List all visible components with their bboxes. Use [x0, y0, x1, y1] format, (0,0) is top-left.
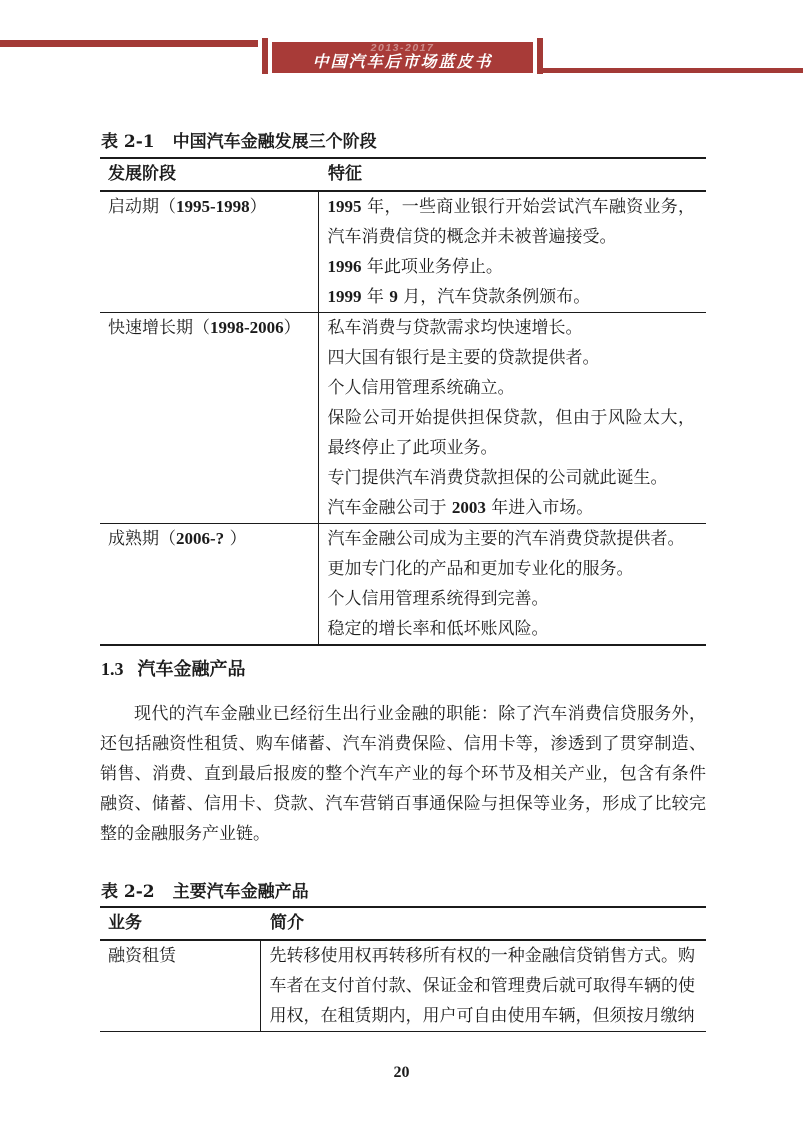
column-header-description: 简介	[260, 907, 706, 940]
feature-line: 1996 年此项业务停止。	[328, 252, 696, 282]
feature-line: 保险公司开始提供担保贷款，但由于风险太大，最终停止了此项业务。	[328, 403, 696, 463]
stage-cell: 成熟期（2006-? ）	[100, 524, 318, 646]
table-2-1-caption-label: 表 2-1	[101, 132, 155, 152]
header-title: 中国汽车后市场蓝皮书	[272, 54, 533, 72]
page-header-banner: 2013-2017 中国汽车后市场蓝皮书	[272, 42, 533, 73]
header-stripe-left	[262, 38, 268, 74]
feature-line: 四大国有银行是主要的贷款提供者。	[328, 343, 696, 373]
table-2-2-header-row: 业务 简介	[100, 907, 706, 940]
table-2-1: 发展阶段 特征 启动期（1995-1998） 1995 年，一些商业银行开始尝试…	[100, 157, 706, 646]
section-heading: 1.3汽车金融产品	[101, 657, 707, 682]
feature-line: 1995 年，一些商业银行开始尝试汽车融资业务，汽车消费信贷的概念并未被普遍接受…	[328, 192, 696, 252]
features-cell: 1995 年，一些商业银行开始尝试汽车融资业务，汽车消费信贷的概念并未被普遍接受…	[318, 191, 706, 313]
table-2-2-caption-label: 表 2-2	[101, 882, 155, 902]
header-left-rule	[0, 40, 258, 47]
page-number: 20	[0, 1064, 803, 1082]
description-text: 先转移使用权再转移所有权的一种金融信贷销售方式。购车者在支付首付款、保证金和管理…	[270, 941, 696, 1031]
stage-cell: 启动期（1995-1998）	[100, 191, 318, 313]
feature-line: 更加专门化的产品和更加专业化的服务。	[328, 554, 696, 584]
features-cell: 汽车金融公司成为主要的汽车消费贷款提供者。 更加专门化的产品和更加专业化的服务。…	[318, 524, 706, 646]
feature-line: 汽车金融公司于 2003 年进入市场。	[328, 493, 696, 523]
table-2-1-header-row: 发展阶段 特征	[100, 158, 706, 191]
column-header-business: 业务	[100, 907, 260, 940]
feature-line: 专门提供汽车消费贷款担保的公司就此诞生。	[328, 463, 696, 493]
table-row: 成熟期（2006-? ） 汽车金融公司成为主要的汽车消费贷款提供者。 更加专门化…	[100, 524, 706, 646]
document-page: 2013-2017 中国汽车后市场蓝皮书 表 2-1中国汽车金融发展三个阶段 发…	[0, 0, 803, 1134]
features-cell: 私车消费与贷款需求均快速增长。 四大国有银行是主要的贷款提供者。 个人信用管理系…	[318, 313, 706, 524]
table-row: 快速增长期（1998-2006） 私车消费与贷款需求均快速增长。 四大国有银行是…	[100, 313, 706, 524]
column-header-features: 特征	[318, 158, 706, 191]
header-right-rule	[543, 68, 803, 73]
table-2-2-caption-title: 主要汽车金融产品	[173, 882, 309, 902]
stage-cell: 快速增长期（1998-2006）	[100, 313, 318, 524]
feature-line: 汽车金融公司成为主要的汽车消费贷款提供者。	[328, 524, 696, 554]
table-2-1-caption: 表 2-1中国汽车金融发展三个阶段	[101, 130, 707, 154]
table-row: 启动期（1995-1998） 1995 年，一些商业银行开始尝试汽车融资业务，汽…	[100, 191, 706, 313]
feature-line: 个人信用管理系统确立。	[328, 373, 696, 403]
column-header-stage: 发展阶段	[100, 158, 318, 191]
section-number: 1.3	[101, 659, 124, 679]
table-row: 融资租赁 先转移使用权再转移所有权的一种金融信贷销售方式。购车者在支付首付款、保…	[100, 940, 706, 1032]
business-cell: 融资租赁	[100, 940, 260, 1032]
feature-line: 1999 年 9 月，汽车贷款条例颁布。	[328, 282, 696, 312]
feature-line: 稳定的增长率和低坏账风险。	[328, 614, 696, 644]
table-2-2-caption: 表 2-2主要汽车金融产品	[101, 880, 707, 904]
body-paragraph: 现代的汽车金融业已经衍生出行业金融的职能：除了汽车消费信贷服务外，还包括融资性租…	[100, 699, 706, 855]
section-title: 汽车金融产品	[138, 659, 246, 680]
feature-line: 个人信用管理系统得到完善。	[328, 584, 696, 614]
description-cell: 先转移使用权再转移所有权的一种金融信贷销售方式。购车者在支付首付款、保证金和管理…	[260, 940, 706, 1032]
feature-line: 私车消费与贷款需求均快速增长。	[328, 313, 696, 343]
header-years: 2013-2017	[272, 43, 533, 54]
table-2-2: 业务 简介 融资租赁 先转移使用权再转移所有权的一种金融信贷销售方式。购车者在支…	[100, 906, 706, 1032]
table-2-1-caption-title: 中国汽车金融发展三个阶段	[173, 132, 377, 152]
